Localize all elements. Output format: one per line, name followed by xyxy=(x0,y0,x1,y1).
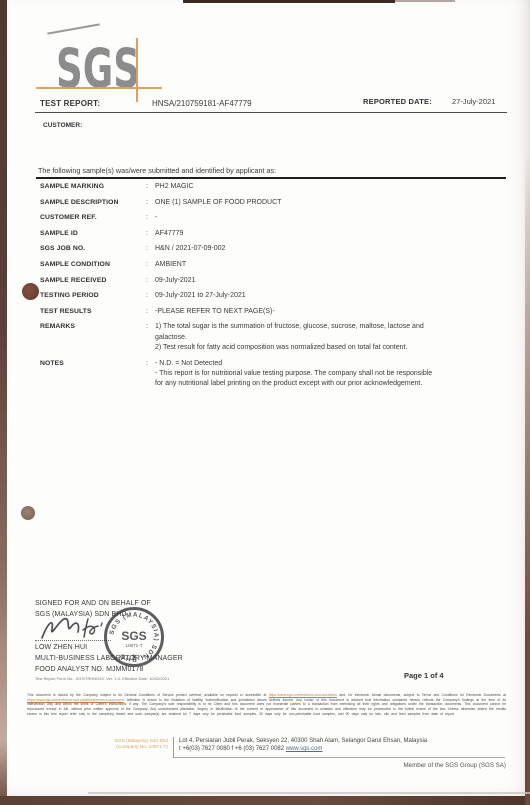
footer-divider xyxy=(173,737,174,757)
field-colon: : xyxy=(146,276,155,286)
field-label: SAMPLE CONDITION xyxy=(40,260,146,270)
reported-date-value: 27-July-2021 xyxy=(452,97,495,106)
field-row: SAMPLE ID : AF47779 xyxy=(40,229,492,239)
field-colon: : xyxy=(146,213,155,223)
field-row: SAMPLE DESCRIPTION : ONE (1) SAMPLE OF F… xyxy=(40,198,492,208)
field-value: -PLEASE REFER TO NEXT PAGE(S)- xyxy=(155,307,275,317)
form-number: Test Report Form No.: SGS/TRHN/010, Ver:… xyxy=(35,676,169,681)
sgs-logo-text: SGS xyxy=(56,40,140,92)
terms-link[interactable]: https://www.sgs.com/en/terms-and-conditi… xyxy=(269,693,337,697)
report-number: HNSA/210759181-AF47779 xyxy=(152,99,252,108)
stamp-star-icon: ★ xyxy=(131,653,136,660)
punch-dot xyxy=(22,283,39,300)
field-row: TEST RESULTS : -PLEASE REFER TO NEXT PAG… xyxy=(40,307,492,317)
customer-label: CUSTOMER: xyxy=(43,122,82,129)
field-colon: : xyxy=(146,307,155,317)
scan-edge-top xyxy=(395,0,455,2)
footer-phones: t +6(03) 7627 0080 f +6 (03) 7627 0082 xyxy=(179,746,286,752)
field-colon: : xyxy=(146,260,155,270)
scan-edge-right xyxy=(525,150,530,805)
field-row: SAMPLE RECEIVED : 09-July-2021 xyxy=(40,276,492,286)
field-colon: : xyxy=(146,198,155,208)
field-label: SGS JOB NO. xyxy=(40,244,146,254)
intro-line: The following sample(s) was/were submitt… xyxy=(38,166,276,175)
signatory-name: LOW ZHEN HUI xyxy=(35,644,87,651)
scan-edge-left xyxy=(0,0,7,805)
field-value: H&N / 2021-07-09-002 xyxy=(155,244,225,254)
field-label: SAMPLE MARKING xyxy=(40,182,146,192)
footer-address: Lot 4, Persiaran Jubli Perak, Seksyen 22… xyxy=(179,738,427,744)
scan-edge-top xyxy=(183,0,395,3)
field-value: 09-July-2021 to 27-July-2021 xyxy=(155,291,246,301)
field-row: CUSTOMER REF. : - xyxy=(40,213,492,223)
field-value: - xyxy=(155,213,157,223)
field-value: 09-July-2021 xyxy=(155,276,195,286)
field-label: TESTING PERIOD xyxy=(40,291,146,301)
logo-crosshair-vline xyxy=(136,38,138,102)
field-value: PH2 MAGIC xyxy=(155,182,194,192)
stamp-center-text: SGS xyxy=(121,629,146,643)
footer-contact: t +6(03) 7627 0080 f +6 (03) 7627 0082 w… xyxy=(179,746,322,752)
disclaimer-text: This document is issued by the Company s… xyxy=(27,693,269,697)
sample-fields: SAMPLE MARKING : PH2 MAGIC SAMPLE DESCRI… xyxy=(40,182,492,395)
field-row: REMARKS : 1) The total sugar is the summ… xyxy=(40,322,492,353)
field-label: SAMPLE ID xyxy=(40,229,146,239)
test-report-label: TEST REPORT: xyxy=(40,99,100,108)
punch-dot xyxy=(21,506,35,520)
field-row: SGS JOB NO. : H&N / 2021-07-09-002 xyxy=(40,244,492,254)
company-stamp: SGS (MALAYSIA) SDN. BHD SGS 10871-T ★ xyxy=(101,604,167,670)
footer-company-block: SGS (Malaysia) Sdn Bhd (Company No. 1087… xyxy=(60,739,168,751)
field-value: ONE (1) SAMPLE OF FOOD PRODUCT xyxy=(155,198,281,208)
field-label: SAMPLE DESCRIPTION xyxy=(40,198,146,208)
field-value: - N.D. = Not Detected - This report is f… xyxy=(155,359,432,390)
field-value: AF47779 xyxy=(155,229,183,239)
stamp-number: 10871-T xyxy=(125,643,142,648)
scan-edge-bottom xyxy=(0,796,530,805)
footer-company-no: (Company No. 10871-T) xyxy=(60,745,168,751)
scan-artifact-line xyxy=(88,792,530,794)
field-label: SAMPLE RECEIVED xyxy=(40,276,146,286)
page-number: Page 1 of 4 xyxy=(404,671,444,680)
field-label: TEST RESULTS xyxy=(40,307,146,317)
table-rule xyxy=(36,177,506,179)
field-colon: : xyxy=(146,359,155,369)
pen-mark xyxy=(47,23,99,34)
field-row: TESTING PERIOD : 09-July-2021 to 27-July… xyxy=(40,291,492,301)
footer-rule xyxy=(173,757,505,758)
logo-crosshair-hline xyxy=(36,87,162,89)
field-label: REMARKS xyxy=(40,322,146,332)
sgs-logo: SGS xyxy=(54,40,146,92)
sgs-website-link[interactable]: www.sgs.com xyxy=(286,746,323,752)
signature-dotted-line xyxy=(35,627,111,641)
field-row: SAMPLE CONDITION : AMBIENT xyxy=(40,260,492,270)
field-label: NOTES xyxy=(40,359,146,369)
disclaimer-paragraph: This document is issued by the Company s… xyxy=(27,693,506,717)
field-value: AMBIENT xyxy=(155,260,186,270)
disclaimer-text: and, for electronic format documents, su… xyxy=(337,693,506,697)
reported-date-label: REPORTED DATE: xyxy=(363,97,432,106)
scanned-page: SGS TEST REPORT: HNSA/210759181-AF47779 … xyxy=(0,0,530,805)
field-colon: : xyxy=(146,182,155,192)
field-colon: : xyxy=(146,322,155,332)
header-rule xyxy=(35,112,507,113)
field-colon: : xyxy=(146,229,155,239)
field-colon: : xyxy=(146,244,155,254)
field-value: 1) The total sugar is the summation of f… xyxy=(155,322,424,353)
field-label: CUSTOMER REF. xyxy=(40,213,146,223)
field-row: NOTES : - N.D. = Not Detected - This rep… xyxy=(40,359,492,390)
field-colon: : xyxy=(146,291,155,301)
member-line: Member of the SGS Group (SGS SA) xyxy=(300,762,506,769)
e-document-terms-link[interactable]: https://www.sgs.com/en/terms-and-conditi… xyxy=(27,698,124,702)
field-row: SAMPLE MARKING : PH2 MAGIC xyxy=(40,182,492,192)
